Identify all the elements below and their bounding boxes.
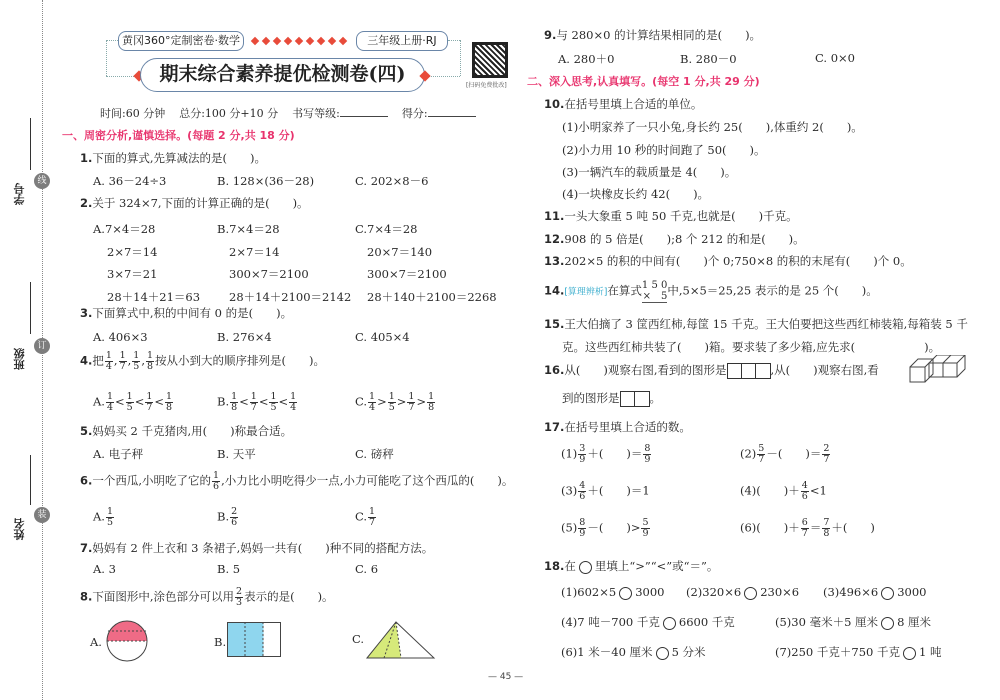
q1-option-c[interactable]: C. 202×8－6 xyxy=(355,173,428,189)
series-label: 黄冈360°定制密卷·数学 xyxy=(118,31,244,51)
q9-option-a[interactable]: A. 280＋0 xyxy=(558,51,614,67)
compare-circle xyxy=(881,587,894,600)
two-square-view xyxy=(620,391,650,407)
q18-item-3[interactable]: (3)496×63000 xyxy=(823,585,926,600)
compare-circle xyxy=(619,587,632,600)
header-connector xyxy=(106,40,118,41)
question-2: 2.关于 324×7,下面的计算正确的是( )。 xyxy=(80,195,309,211)
question-10: 10.在括号里填上合适的单位。 xyxy=(544,96,702,112)
cube-stack-figure xyxy=(909,355,969,391)
binding-badge-bottom: 装 xyxy=(34,507,50,523)
compare-circle xyxy=(903,647,916,660)
header-connector xyxy=(460,40,461,76)
q9-option-b[interactable]: B. 280－0 xyxy=(680,51,737,67)
q8-option-b[interactable]: B. xyxy=(214,620,314,670)
question-14[interactable]: 14.[算理辨析]在算式1 5 0× 5中,5×5＝25,25 表示的是 25 … xyxy=(544,280,878,303)
q6-option-b[interactable]: B.26 xyxy=(217,507,239,528)
question-11[interactable]: 11.一头大象重 5 吨 50 千克,也就是( )千克。 xyxy=(544,208,798,224)
q8-option-c[interactable]: C. xyxy=(352,620,452,670)
q17-item-6[interactable]: (6)( )＋67＝78＋( ) xyxy=(740,518,875,539)
score-field[interactable] xyxy=(428,116,476,117)
section2-heading: 二、深入思考,认真填写。(每空 1 分,共 29 分) xyxy=(527,73,760,89)
qr-caption: [扫码免费批改] xyxy=(466,80,507,89)
q6-option-a[interactable]: A.15 xyxy=(93,507,115,528)
class-label: 班级 xyxy=(12,348,28,370)
header-connector xyxy=(448,40,460,41)
q4-option-c[interactable]: C.14>15>17>18 xyxy=(355,392,436,413)
question-3: 3.下面算式中,积的中间有 0 的是( )。 xyxy=(80,305,292,321)
q18-item-4[interactable]: (4)7 吨－700 千克6600 千克 xyxy=(561,614,735,630)
student-id-blank[interactable] xyxy=(30,118,31,170)
three-square-view xyxy=(727,363,771,379)
time-info: 时间:60 分钟 xyxy=(100,107,165,120)
question-4: 4.把14,17,15,18按从小到大的顺序排列是( )。 xyxy=(80,351,325,372)
q5-option-c[interactable]: C. 磅秤 xyxy=(355,446,394,462)
shaded-circle-figure xyxy=(106,620,148,662)
question-17: 17.在括号里填上合适的数。 xyxy=(544,419,691,435)
grade-label: 三年级上册·RJ xyxy=(356,31,448,51)
question-13[interactable]: 13.202×5 的积的中间有( )个 0;750×8 的积的末尾有( )个 0… xyxy=(544,253,912,269)
q17-item-1[interactable]: (1)39＋( )＝89 xyxy=(561,444,652,465)
q2-option-b[interactable]: B.7×4＝28 2×7＝14 300×7＝2100 28＋14＋2100＝21… xyxy=(217,218,351,308)
q1-option-a[interactable]: A. 36－24÷3 xyxy=(93,173,166,189)
q18-item-5[interactable]: (5)30 毫米＋5 厘米8 厘米 xyxy=(775,614,931,630)
exam-info: 时间:60 分钟 总分:100 分+10 分 书写等级: 得分: xyxy=(100,105,476,121)
name-blank[interactable] xyxy=(30,455,31,505)
q3-option-c[interactable]: C. 405×4 xyxy=(355,330,410,344)
total-info: 总分:100 分+10 分 xyxy=(179,107,278,120)
q6-option-c[interactable]: C.17 xyxy=(355,507,377,528)
compare-circle xyxy=(656,647,669,660)
question-7: 7.妈妈有 2 件上衣和 3 条裙子,妈妈一共有( )种不同的搭配方法。 xyxy=(80,540,433,556)
compare-circle xyxy=(744,587,757,600)
page-number: — 45 — xyxy=(488,672,523,682)
q18-item-2[interactable]: (2)320×6230×6 xyxy=(686,585,799,600)
writing-grade-label: 书写等级: xyxy=(292,107,340,120)
q7-option-a[interactable]: A. 3 xyxy=(93,562,116,576)
q17-item-5[interactable]: (5)89－( )>59 xyxy=(561,518,651,539)
q18-item-1[interactable]: (1)602×53000 xyxy=(561,585,664,600)
diamond-row xyxy=(250,37,350,45)
reasoning-tag: [算理辨析] xyxy=(564,288,607,298)
name-label: 姓名 xyxy=(12,518,28,540)
page-title: 期末综合素养提优检测卷(四) xyxy=(140,58,425,92)
header-connector xyxy=(106,40,107,76)
q4-option-b[interactable]: B.18<17<15<14 xyxy=(217,392,298,413)
score-label: 得分: xyxy=(402,107,428,120)
shaded-triangle-figure xyxy=(366,620,436,660)
qr-code-icon[interactable] xyxy=(472,42,508,78)
student-id-label: 学号 xyxy=(12,183,28,205)
class-blank[interactable] xyxy=(30,282,31,334)
q10-item-4[interactable]: (4)一块橡皮长约 42( )。 xyxy=(562,186,709,202)
binding-badge-middle: 订 xyxy=(34,338,50,354)
q3-option-b[interactable]: B. 276×4 xyxy=(217,330,272,344)
q2-option-a[interactable]: A.7×4＝28 2×7＝14 3×7＝21 28＋14＋21＝63 xyxy=(93,218,200,308)
q10-item-3[interactable]: (3)一辆汽车的载质量是 4( )。 xyxy=(562,164,736,180)
question-8: 8.下面图形中,涂色部分可以用23表示的是( )。 xyxy=(80,587,334,608)
compare-circle xyxy=(663,617,676,630)
q8-option-a[interactable]: A. xyxy=(90,620,170,670)
question-6: 6.一个西瓜,小明吃了它的16,小力比小明吃得少一点,小力可能吃了这个西瓜的( … xyxy=(80,471,513,492)
q1-option-b[interactable]: B. 128×(36－28) xyxy=(217,173,314,189)
question-1: 1.下面的算式,先算减法的是( )。 xyxy=(80,150,266,166)
q5-option-b[interactable]: B. 天平 xyxy=(217,446,256,462)
question-9: 9.与 280×0 的计算结果相同的是( )。 xyxy=(544,27,761,43)
q9-option-c[interactable]: C. 0×0 xyxy=(815,51,855,65)
q18-item-7[interactable]: (7)250 千克＋750 千克1 吨 xyxy=(775,644,942,660)
q10-item-1[interactable]: (1)小明家养了一只小兔,身长约 25( ),体重约 2( )。 xyxy=(562,119,863,135)
question-15-line-1: 15.王大伯摘了 3 筐西红柿,每筐 15 千克。王大伯要把这些西红柿装箱,每箱… xyxy=(544,316,968,332)
binding-badge-top: 线 xyxy=(34,173,50,189)
question-5: 5.妈妈买 2 千克猪肉,用( )称最合适。 xyxy=(80,423,292,439)
question-15-line-2[interactable]: 克。这些西红柿共装了( )箱。要求装了多少箱,应先求( )。 xyxy=(562,339,940,355)
q17-item-4[interactable]: (4)( )＋46<1 xyxy=(740,481,827,502)
question-18: 18.在里填上“>”“<”或“＝”。 xyxy=(544,558,718,574)
shaded-rectangle-figure xyxy=(227,622,282,658)
q17-item-2[interactable]: (2)57－( )＝27 xyxy=(740,444,831,465)
writing-grade-field[interactable] xyxy=(340,116,388,117)
q7-option-c[interactable]: C. 6 xyxy=(355,562,378,576)
section1-heading: 一、周密分析,谨慎选择。(每题 2 分,共 18 分) xyxy=(62,127,295,143)
q10-item-2[interactable]: (2)小力用 10 秒的时间跑了 50( )。 xyxy=(562,142,766,158)
compare-circle xyxy=(881,617,894,630)
q7-option-b[interactable]: B. 5 xyxy=(217,562,240,576)
q18-item-6[interactable]: (6)1 米－40 厘米5 分米 xyxy=(561,644,706,660)
q4-option-a[interactable]: A.14<15<17<18 xyxy=(93,392,174,413)
question-16-line-2: 到的图形是。 xyxy=(562,390,661,407)
q5-option-a[interactable]: A. 电子秤 xyxy=(93,446,143,462)
compare-circle-icon xyxy=(579,561,592,574)
question-12[interactable]: 12.908 的 5 倍是( );8 个 212 的和是( )。 xyxy=(544,231,805,247)
q2-option-c[interactable]: C.7×4＝28 20×7＝140 300×7＝2100 28＋140＋2100… xyxy=(355,218,497,308)
q17-item-3[interactable]: (3)46＋( )＝1 xyxy=(561,481,650,502)
question-16[interactable]: 16.从( )观察右图,看到的图形是,从( )观察右图,看 xyxy=(544,362,879,379)
q3-option-a[interactable]: A. 406×3 xyxy=(93,330,148,344)
